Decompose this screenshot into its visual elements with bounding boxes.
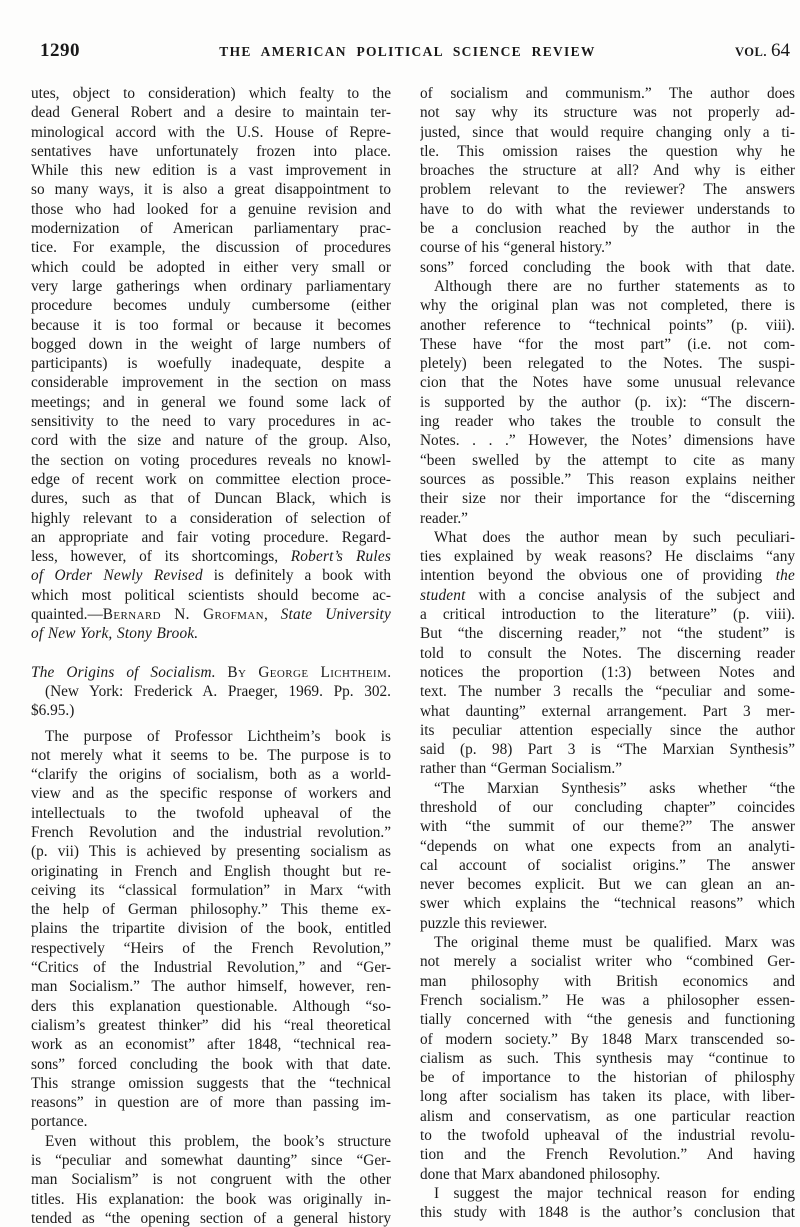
text-line: is supported by the author (p. ix): “The… (420, 393, 795, 412)
text-line: bogged down in the weight of large numbe… (31, 335, 391, 354)
page-header: 1290 THE AMERICAN POLITICAL SCIENCE REVI… (40, 40, 790, 62)
text-line: never becomes explicit. But we can glean… (420, 875, 795, 894)
text-line: cialism as such. This synthesis may “con… (420, 1049, 795, 1068)
text-line: French socialism.” He was a philosopher … (420, 991, 795, 1010)
text-line: another reference to “technical points” … (420, 316, 795, 335)
text-line: to the twofold upheaval of the industria… (420, 1126, 795, 1145)
text-line: These have “for the most part” (i.e. not… (420, 335, 795, 354)
text-line: justed, since that would require changin… (420, 123, 795, 142)
text-line: sources as possible.” This reason explai… (420, 470, 795, 489)
page-number: 1290 (40, 40, 80, 62)
text-line: work as an economist” after 1848, “techn… (31, 1035, 391, 1054)
text-line: the help of German philosophy.” This the… (31, 900, 391, 919)
text-line: French Revolution and the industrial rev… (31, 823, 391, 842)
paragraph: utes, object to consideration) which fea… (31, 84, 391, 644)
book-citation: The Origins of Socialism. By George Lich… (31, 663, 391, 721)
text-line: with “the summit of our theme?” The answ… (420, 817, 795, 836)
column-left: utes, object to consideration) which fea… (31, 84, 391, 1227)
text-line: “Critics of the Industrial Revolution,” … (31, 958, 391, 977)
text-line: view and as the specific response of wor… (31, 784, 391, 803)
text-line: (p. vii) This is achieved by presenting … (31, 842, 391, 861)
text-line: “The Marxian Synthesis” asks whether “th… (420, 779, 795, 798)
text-line: which most political scientists should b… (31, 586, 391, 605)
text-line: reader.” (420, 509, 795, 528)
text-line: cal account of socialist origins.” The a… (420, 856, 795, 875)
text-line: While this new edition is a vast improve… (31, 161, 391, 180)
text-line: sentatives have unfortunately frozen int… (31, 142, 391, 161)
text-line: a critical introduction to the literatur… (420, 605, 795, 624)
text-line: reasons” in question are of more than pa… (31, 1093, 391, 1112)
text-line: not merely a socialist writer who “combi… (420, 952, 795, 971)
column-right: of socialism and communism.” The author … (420, 84, 795, 1223)
text-line: puzzle this reviewer. (420, 914, 795, 933)
text-line: utes, object to consideration) which fea… (31, 84, 391, 103)
text-line: Notes. . . .” However, the Notes’ dimens… (420, 431, 795, 450)
text-line: $6.95.) (31, 701, 391, 720)
text-line: not say why its structure was not proper… (420, 103, 795, 122)
text-line: is “peculiar and somewhat daunting” sinc… (31, 1151, 391, 1170)
text-line: the section on voting procedures reveals… (31, 451, 391, 470)
text-line: “depends on what one expects from an ana… (420, 837, 795, 856)
text-line: “been swelled by the attempt to cite as … (420, 451, 795, 470)
text-line: what daunting” external arrangement. Par… (420, 702, 795, 721)
paragraph: Although there are no further statements… (420, 277, 795, 528)
text-line: originating in French and English though… (31, 862, 391, 881)
text-line: (New York: Frederick A. Praeger, 1969. P… (31, 682, 391, 701)
volume-label: VOL. (735, 45, 767, 59)
paragraph: Even without this problem, the book’s st… (31, 1132, 391, 1227)
text-line: threshold of our concluding chapter” coi… (420, 798, 795, 817)
paragraph: The original theme must be qualified. Ma… (420, 933, 795, 1184)
text-line: its peculiar attention especially since … (420, 721, 795, 740)
text-line: of socialism and communism.” The author … (420, 84, 795, 103)
text-line: quainted.—Bernard N. Grofman, State Univ… (31, 605, 391, 624)
text-line: ceiving its “classical formulation” in M… (31, 881, 391, 900)
text-line: sons” forced concluding the book with th… (420, 258, 795, 277)
text-line: dead General Robert and a desire to main… (31, 103, 391, 122)
text-line: broaches the structure at all? And why i… (420, 161, 795, 180)
paragraph: sons” forced concluding the book with th… (420, 258, 795, 277)
text-line: But “the discerning reader,” not “the st… (420, 624, 795, 643)
volume-number: 64 (771, 40, 790, 61)
text-line: rather than “German Socialism.” (420, 759, 795, 778)
text-line: done that Marx abandoned philosophy. (420, 1165, 795, 1184)
text-line: less, however, of its shortcomings, Robe… (31, 547, 391, 566)
text-line: Although there are no further statements… (420, 277, 795, 296)
text-line: because it is too formal or because it b… (31, 316, 391, 335)
text-line: edge of recent work on committee electio… (31, 470, 391, 489)
text-line: text. The number 3 recalls the “peculiar… (420, 682, 795, 701)
text-line: why the original plan was not completed,… (420, 296, 795, 315)
text-line: said (p. 98) Part 3 is “The Marxian Synt… (420, 740, 795, 759)
text-line: portance. (31, 1112, 391, 1131)
text-line: This strange omission suggests that the … (31, 1074, 391, 1093)
text-line: tended as “the opening section of a gene… (31, 1209, 391, 1227)
text-line: cion that the Notes have some unusual re… (420, 373, 795, 392)
text-line: “clarify the origins of socialism, both … (31, 765, 391, 784)
journal-page: 1290 THE AMERICAN POLITICAL SCIENCE REVI… (0, 0, 800, 1227)
text-line: man philosophy with British economics an… (420, 972, 795, 991)
text-line: long after socialism has taken its place… (420, 1087, 795, 1106)
text-line: What does the author mean by such peculi… (420, 528, 795, 547)
volume-info: VOL. 64 (735, 40, 790, 62)
gap (31, 644, 391, 663)
text-line: have to do with what the reviewer unders… (420, 200, 795, 219)
text-line: of New York, Stony Brook. (31, 624, 391, 643)
text-line: meetings; and in general we found some l… (31, 393, 391, 412)
paragraph: “The Marxian Synthesis” asks whether “th… (420, 779, 795, 933)
text-line: I suggest the major technical reason for… (420, 1184, 795, 1203)
text-line: participants) is woefully inadequate, de… (31, 354, 391, 373)
journal-title: THE AMERICAN POLITICAL SCIENCE REVIEW (80, 44, 735, 60)
text-line: dures, such as that of Duncan Black, whi… (31, 489, 391, 508)
text-line: not merely what it seems to be. The purp… (31, 746, 391, 765)
text-line: ties explained by weak reasons? He discl… (420, 547, 795, 566)
text-line: titles. His explanation: the book was or… (31, 1190, 391, 1209)
text-line: plains the tripartite division of the bo… (31, 919, 391, 938)
text-line: their size nor their importance for the … (420, 489, 795, 508)
text-line: those who had looked for a genuine revis… (31, 200, 391, 219)
text-line: tice. For example, the discussion of pro… (31, 238, 391, 257)
text-line: this study with 1848 is the author’s con… (420, 1203, 795, 1222)
text-line: swer which explains the “technical reaso… (420, 894, 795, 913)
text-line: sensitivity to the need to vary procedur… (31, 412, 391, 431)
text-line: of modern society.” By 1848 Marx transce… (420, 1030, 795, 1049)
text-line: ing reader who takes the trouble to cons… (420, 412, 795, 431)
text-line: very large gatherings when ordinary parl… (31, 277, 391, 296)
paragraph: of socialism and communism.” The author … (420, 84, 795, 258)
text-line: notices the proportion (1:3) between Not… (420, 663, 795, 682)
text-line: man Socialism.” The author himself, howe… (31, 977, 391, 996)
text-line: course of his “general history.” (420, 238, 795, 257)
text-line: cialism’s greatest thinker” did his “rea… (31, 1016, 391, 1035)
text-line: told to consult the Notes. The discernin… (420, 644, 795, 663)
text-line: student with a concise analysis of the s… (420, 586, 795, 605)
text-line: be of importance to the historian of phi… (420, 1068, 795, 1087)
text-line: tially concerned with “the genesis and f… (420, 1010, 795, 1029)
text-line: The Origins of Socialism. By George Lich… (31, 663, 391, 682)
paragraph: What does the author mean by such peculi… (420, 528, 795, 779)
text-line: intellectuals to the twofold upheaval of… (31, 804, 391, 823)
text-line: procedure becomes unduly cumbersome (eit… (31, 296, 391, 315)
text-line: intention beyond the obvious one of prov… (420, 566, 795, 585)
paragraph: The purpose of Professor Lichtheim’s boo… (31, 727, 391, 1132)
text-line: man Socialism” is not congruent with the… (31, 1170, 391, 1189)
paragraph: I suggest the major technical reason for… (420, 1184, 795, 1223)
text-line: modernization of American parliamentary … (31, 219, 391, 238)
text-line: so many ways, it is also a great disappo… (31, 180, 391, 199)
text-line: considerable improvement in the section … (31, 373, 391, 392)
text-line: respectively “Heirs of the French Revolu… (31, 939, 391, 958)
text-line: which could be adopted in either very sm… (31, 258, 391, 277)
text-line: an appropriate and fair voting procedure… (31, 528, 391, 547)
text-line: pletely) been relegated to the Notes. Th… (420, 354, 795, 373)
text-line: alism and conservatism, as one particula… (420, 1107, 795, 1126)
text-line: tion and the French Revolution.” And hav… (420, 1145, 795, 1164)
text-line: be a conclusion reached by the author in… (420, 219, 795, 238)
text-line: highly relevant to a consideration of se… (31, 509, 391, 528)
text-line: Even without this problem, the book’s st… (31, 1132, 391, 1151)
text-line: of Order Newly Revised is definitely a b… (31, 566, 391, 585)
text-line: sons” forced concluding the book with th… (31, 1055, 391, 1074)
text-line: The purpose of Professor Lichtheim’s boo… (31, 727, 391, 746)
text-line: minological accord with the U.S. House o… (31, 123, 391, 142)
text-line: ders this explanation questionable. Alth… (31, 997, 391, 1016)
text-line: tle. This omission raises the question w… (420, 142, 795, 161)
text-line: The original theme must be qualified. Ma… (420, 933, 795, 952)
text-line: cord with the size and nature of the gro… (31, 431, 391, 450)
text-line: problem relevant to the reviewer? The an… (420, 180, 795, 199)
